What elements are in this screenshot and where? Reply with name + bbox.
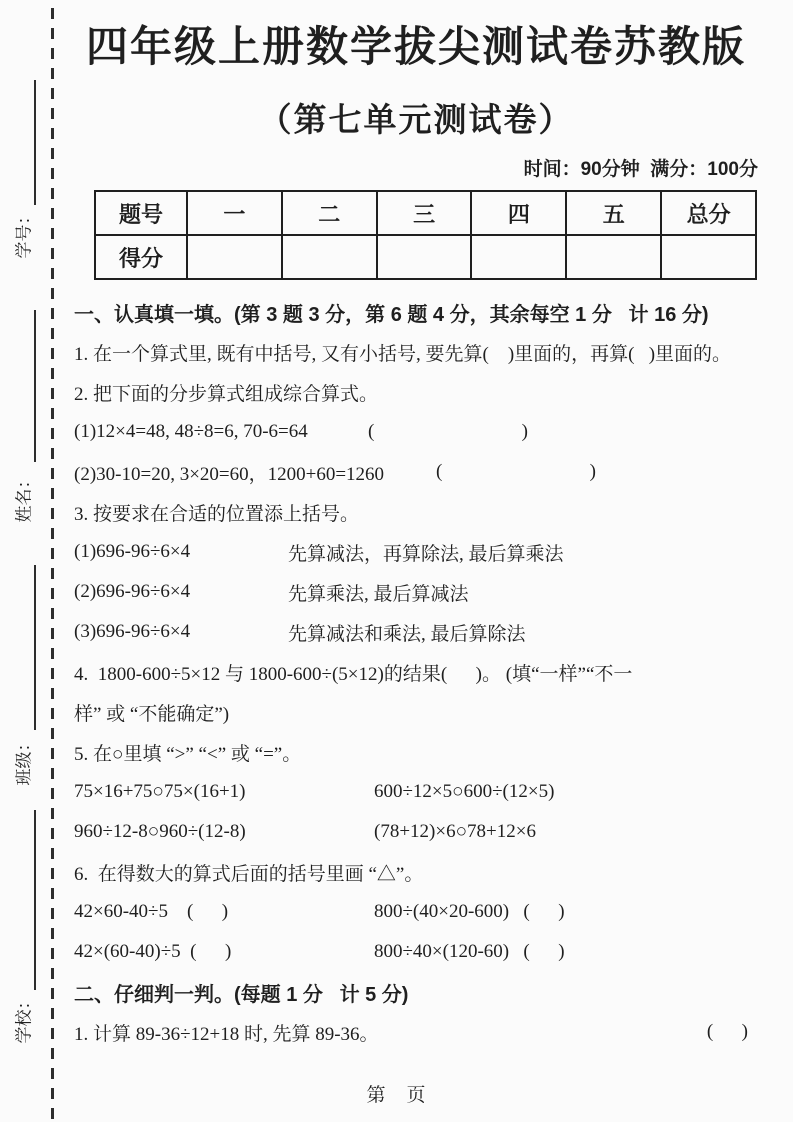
s1-question2-item2: (2)30-10=20, 3×20=60，1200+60=1260 ( ) — [74, 452, 758, 492]
score-table-cell-score-label: 得分 — [95, 235, 187, 279]
section2-heading: 二、仔细判一判。(每题 1 分 计 5 分) — [74, 972, 758, 1012]
s1-q2-item1-expression: (1)12×4=48, 48÷8=6, 70-6=64 — [74, 421, 308, 443]
exam-time-score-info: 时间：90分钟 满分：100分 — [74, 158, 758, 182]
exam-subtitle: （第七单元测试卷） — [74, 100, 758, 140]
s1-question3-stem: 3. 按要求在合适的位置添上括号。 — [74, 492, 758, 532]
section2-heading-text: 二、仔细判一判。(每题 1 分 计 5 分) — [74, 978, 408, 1007]
seal-line-segment — [34, 80, 36, 205]
seal-line-segment — [34, 810, 36, 990]
s1-question3-item2: (2)696-96÷6×4 先算乘法, 最后算减法 — [74, 572, 758, 612]
s1-q2-item2-expression: (2)30-10=20, 3×20=60，1200+60=1260 — [74, 459, 384, 486]
s1-question1-text: 1. 在一个算式里, 既有中括号, 又有小括号, 要先算( )里面的，再算( )… — [74, 339, 731, 366]
s1-q5-row2-left-expression: 960÷12-8○960÷(12-8) — [74, 821, 246, 843]
seal-line-segment — [34, 310, 36, 462]
s1-question6-row1: 42×60-40÷5 ( ) 800÷(40×20-600) ( ) — [74, 892, 758, 932]
seal-dashed-line — [51, 8, 54, 1122]
s1-question1: 1. 在一个算式里, 既有中括号, 又有小括号, 要先算( )里面的，再算( )… — [74, 332, 758, 372]
s1-question6-stem: 6. 在得数大的算式后面的括号里画 “△”。 — [74, 852, 758, 892]
score-table-cell-five: 五 — [566, 191, 661, 235]
score-table-cell-total: 总分 — [661, 191, 756, 235]
s1-question6-row2: 42×(60-40)÷5 ( ) 800÷40×(120-60) ( ) — [74, 932, 758, 972]
s1-question3-item1: (1)696-96÷6×4 先算减法，再算除法, 最后算乘法 — [74, 532, 758, 572]
score-table-empty-cell — [661, 235, 756, 279]
s1-q5-row1-right-expression: 600÷12×5○600÷(12×5) — [374, 781, 554, 803]
score-table-empty-cell — [377, 235, 472, 279]
s1-q6-row1-right-expression: 800÷(40×20-600) ( ) — [374, 901, 565, 923]
s1-q3-item1-expression: (1)696-96÷6×4 — [74, 541, 190, 563]
exam-title: 四年级上册数学拔尖测试卷苏教版 — [74, 20, 758, 74]
s1-q2-item2-answer-blank: ( ) — [436, 461, 596, 483]
s1-q5-row2-right-expression: (78+12)×6○78+12×6 — [374, 821, 536, 843]
s1-question6-stem-text: 6. 在得数大的算式后面的括号里画 “△”。 — [74, 859, 423, 886]
s1-q6-row2-right-expression: 800÷40×(120-60) ( ) — [374, 941, 565, 963]
score-table: 题号 一 二 三 四 五 总分 得分 — [94, 190, 757, 280]
s1-q3-item2-expression: (2)696-96÷6×4 — [74, 581, 190, 603]
margin-label-name: 姓名： — [10, 472, 35, 523]
score-table-header-row: 题号 一 二 三 四 五 总分 — [95, 191, 756, 235]
s1-question2-stem-text: 2. 把下面的分步算式组成综合算式。 — [74, 379, 378, 406]
margin-label-student-number: 学号： — [10, 208, 35, 259]
score-table-cell-one: 一 — [187, 191, 282, 235]
page-footer: 第 页 — [0, 1080, 793, 1107]
s1-q3-item3-expression: (3)696-96÷6×4 — [74, 621, 190, 643]
s1-q5-row1-left-expression: 75×16+75○75×(16+1) — [74, 781, 246, 803]
s1-q3-item1-rule: 先算减法，再算除法, 最后算乘法 — [288, 539, 564, 566]
s1-q2-item1-answer-blank: ( ) — [368, 421, 528, 443]
s1-question4-line1-text: 4. 1800-600÷5×12 与 1800-600÷(5×12)的结果( )… — [74, 659, 632, 686]
s1-question4-line2-text: 样” 或 “不能确定”) — [74, 699, 229, 726]
s1-question5-stem: 5. 在○里填 “>” “<” 或 “=”。 — [74, 732, 758, 772]
s1-question5-stem-text: 5. 在○里填 “>” “<” 或 “=”。 — [74, 739, 301, 766]
s2-question1-answer-blank: ( ) — [707, 1021, 748, 1043]
score-table-cell-four: 四 — [471, 191, 566, 235]
questions-area: 一、认真填一填。(第 3 题 3 分，第 6 题 4 分，其余每空 1 分 计 … — [74, 292, 758, 1052]
score-table-empty-cell — [282, 235, 377, 279]
score-table-empty-cell — [566, 235, 661, 279]
margin-label-school: 学校： — [10, 993, 35, 1044]
s1-q6-row1-left-expression: 42×60-40÷5 ( ) — [74, 901, 228, 923]
score-table-empty-cell — [471, 235, 566, 279]
score-table-cell-two: 二 — [282, 191, 377, 235]
seal-line-segment — [34, 565, 36, 730]
s1-question2-stem: 2. 把下面的分步算式组成综合算式。 — [74, 372, 758, 412]
s1-question3-stem-text: 3. 按要求在合适的位置添上括号。 — [74, 499, 359, 526]
score-table-empty-cell — [187, 235, 282, 279]
s2-question1: 1. 计算 89-36÷12+18 时, 先算 89-36。 ( ) — [74, 1012, 758, 1052]
s1-q3-item3-rule: 先算减法和乘法, 最后算除法 — [288, 619, 526, 646]
s1-question3-item3: (3)696-96÷6×4 先算减法和乘法, 最后算除法 — [74, 612, 758, 652]
s1-q6-row2-left-expression: 42×(60-40)÷5 ( ) — [74, 941, 231, 963]
section1-heading-text: 一、认真填一填。(第 3 题 3 分，第 6 题 4 分，其余每空 1 分 计 … — [74, 298, 709, 327]
score-table-score-row: 得分 — [95, 235, 756, 279]
s1-question5-row1: 75×16+75○75×(16+1) 600÷12×5○600÷(12×5) — [74, 772, 758, 812]
score-table-cell-three: 三 — [377, 191, 472, 235]
section1-heading: 一、认真填一填。(第 3 题 3 分，第 6 题 4 分，其余每空 1 分 计 … — [74, 292, 758, 332]
s1-question4-line1: 4. 1800-600÷5×12 与 1800-600÷(5×12)的结果( )… — [74, 652, 758, 692]
s1-question2-item1: (1)12×4=48, 48÷8=6, 70-6=64 ( ) — [74, 412, 758, 452]
s2-question1-text: 1. 计算 89-36÷12+18 时, 先算 89-36。 — [74, 1019, 379, 1046]
exam-paper-page: 学号： 姓名： 班级： 学校： 四年级上册数学拔尖测试卷苏教版 （第七单元测试卷… — [0, 0, 793, 1122]
margin-label-class: 班级： — [10, 735, 35, 786]
score-table-cell-question-number: 题号 — [95, 191, 187, 235]
s1-question5-row2: 960÷12-8○960÷(12-8) (78+12)×6○78+12×6 — [74, 812, 758, 852]
s1-question4-line2: 样” 或 “不能确定”) — [74, 692, 758, 732]
s1-q3-item2-rule: 先算乘法, 最后算减法 — [288, 579, 469, 606]
paper-content: 四年级上册数学拔尖测试卷苏教版 （第七单元测试卷） 时间：90分钟 满分：100… — [74, 0, 758, 1052]
